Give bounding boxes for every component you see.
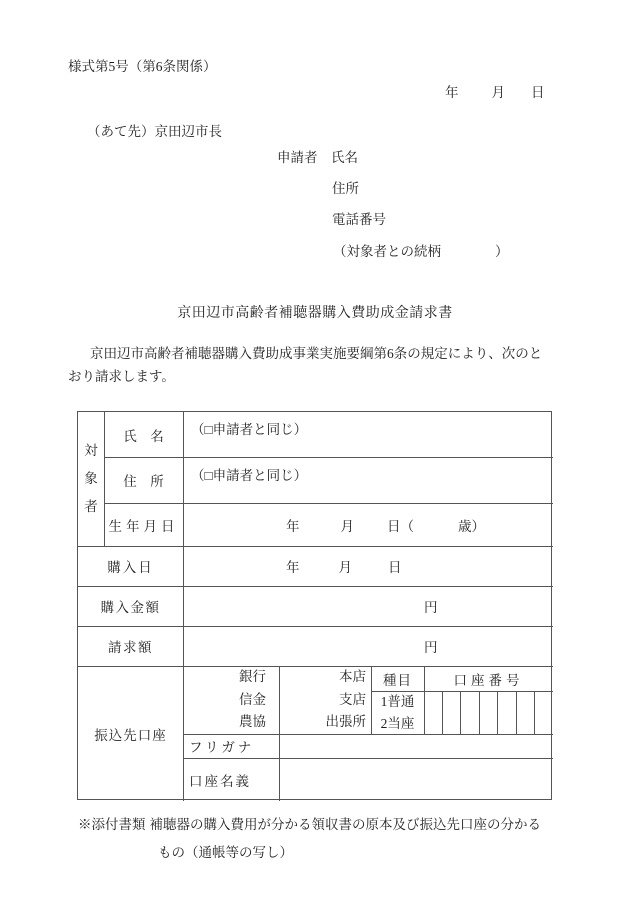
body-paragraph: 京田辺市高齢者補聴器購入費助成事業実施要綱第6条の規定により、次のと おり請求し…	[68, 342, 542, 388]
birth-age-label: 歳）	[458, 515, 485, 535]
bank-type-bank: 銀行	[239, 666, 266, 689]
attachment-note-label: ※添付書類	[78, 817, 146, 832]
date-month-label: 月	[492, 81, 506, 101]
body-line-1: 京田辺市高齢者補聴器購入費助成事業実施要綱第6条の規定により、次のと	[68, 342, 542, 365]
yen-unit: 円	[424, 636, 438, 656]
account-type-toza: 2当座	[381, 713, 415, 735]
branch-shiten: 支店	[339, 689, 366, 712]
branch-honten: 本店	[339, 666, 366, 689]
date-line: 年 月 日	[445, 81, 545, 101]
applicant-phone-line: 電話番号	[332, 208, 386, 228]
purchase-amount-field: 円	[183, 586, 553, 626]
account-number-cell	[424, 691, 443, 734]
account-type-options: 1普通 2当座	[371, 691, 424, 734]
birth-day-label: 日（	[387, 515, 414, 535]
claim-amount-field: 円	[183, 626, 553, 666]
account-number-cell	[461, 691, 480, 734]
date-year-label: 年	[445, 81, 459, 101]
purchase-day-label: 日	[388, 556, 402, 576]
purchase-month-label: 月	[339, 556, 353, 576]
claim-form-table: 対 象 者 氏 名 （□申請者と同じ） 住 所 （□申請者と同じ） 生年月日 年…	[77, 411, 552, 800]
attachment-note-text: 補聴器の購入費用が分かる領収書の原本及び振込先口座の分かる	[150, 817, 542, 832]
subject-address-field: （□申請者と同じ）	[183, 457, 553, 503]
account-number-cell	[517, 691, 536, 734]
account-type-header: 種目	[371, 666, 424, 691]
branch-type-options: 本店 支店 出張所	[279, 666, 371, 734]
attachment-note-line1: ※添付書類補聴器の購入費用が分かる領収書の原本及び振込先口座の分かる	[78, 813, 541, 833]
yen-unit: 円	[424, 596, 438, 616]
bank-type-options: 銀行 信金 農協	[183, 666, 279, 734]
account-number-cell	[535, 691, 553, 734]
same-as-applicant-checkbox-note: （□申請者と同じ）	[191, 464, 307, 484]
body-line-2: おり請求します。	[68, 365, 542, 388]
furigana-field	[279, 734, 553, 758]
same-as-applicant-checkbox-note: （□申請者と同じ）	[191, 418, 307, 438]
subject-char: 者	[84, 493, 98, 521]
birth-month-label: 月	[341, 515, 355, 535]
bank-type-shinkin: 信金	[239, 689, 266, 712]
account-type-futsu: 1普通	[381, 691, 415, 713]
branch-shutchojo: 出張所	[326, 711, 367, 734]
bank-type-nokyo: 農協	[239, 711, 266, 734]
applicant-name-line: 申請者 氏名	[277, 146, 358, 166]
document-page: 様式第5号（第6条関係） 年 月 日 （あて先）京田辺市長 申請者 氏名 住所 …	[0, 0, 630, 903]
purchase-amount-label: 購入金額	[78, 586, 183, 626]
subject-address-label: 住 所	[104, 457, 183, 503]
applicant-address-line: 住所	[332, 177, 359, 197]
addressee: （あて先）京田辺市長	[87, 120, 222, 140]
subject-group-label: 対 象 者	[78, 412, 104, 546]
form-number: 様式第5号（第6条関係）	[68, 55, 217, 75]
account-number-cell	[443, 691, 462, 734]
purchase-date-label: 購入日	[78, 546, 183, 586]
purchase-year-label: 年	[286, 556, 300, 576]
account-number-cell	[498, 691, 517, 734]
purchase-date-field: 年 月 日	[183, 546, 553, 586]
subject-char: 対	[84, 437, 98, 465]
attachment-note-line2: もの（通帳等の写し）	[158, 841, 293, 861]
birth-date-label: 生年月日	[104, 503, 183, 546]
subject-name-label: 氏 名	[104, 412, 183, 457]
date-day-label: 日	[531, 81, 545, 101]
furigana-label: フリガナ	[183, 734, 279, 758]
document-title: 京田辺市高齢者補聴器購入費助成金請求書	[0, 302, 630, 322]
birth-year-label: 年	[286, 515, 300, 535]
subject-name-field: （□申請者と同じ）	[183, 412, 553, 457]
subject-char: 象	[84, 465, 98, 493]
account-holder-field	[279, 758, 553, 801]
account-number-cells	[424, 691, 553, 734]
claim-amount-label: 請求額	[78, 626, 183, 666]
account-number-cell	[480, 691, 499, 734]
birth-date-field: 年 月 日（ 歳）	[183, 503, 553, 546]
account-holder-label: 口座名義	[183, 758, 279, 801]
account-number-header: 口座番号	[424, 666, 553, 691]
bank-account-label: 振込先口座	[78, 666, 183, 801]
applicant-relationship-line: （対象者との続柄 ）	[333, 240, 509, 260]
